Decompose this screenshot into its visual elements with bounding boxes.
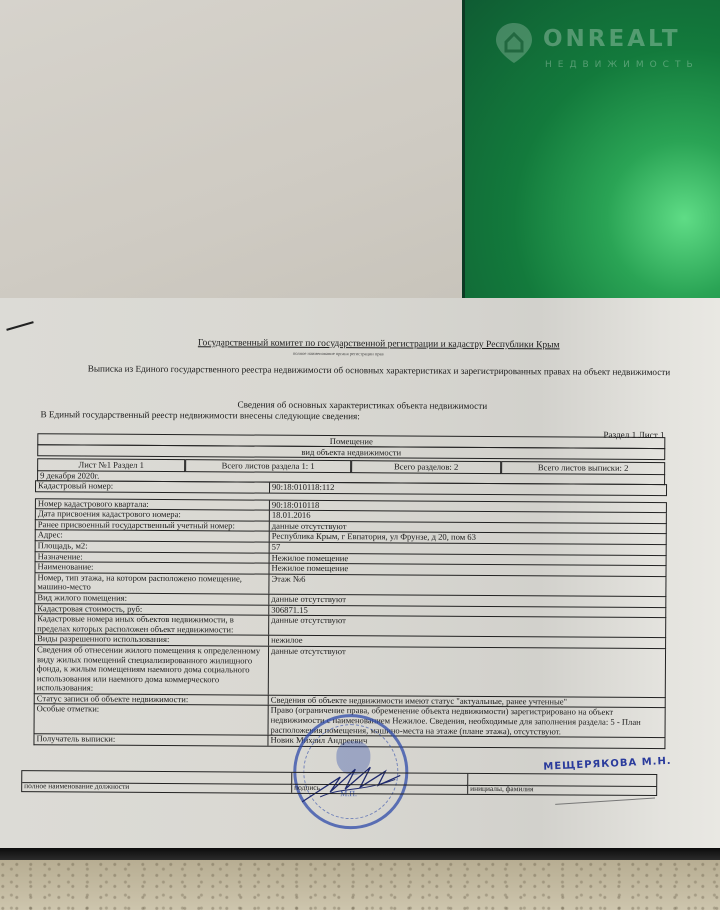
row-label: Сведения об отнесении жилого помещения к… (35, 645, 269, 694)
house-pin-icon (495, 22, 533, 64)
signature-block: полное наименование должности подпись ин… (21, 770, 657, 796)
row-label: Получатель выписки: (34, 734, 268, 745)
table-row: Сведения об отнесении жилого помещения к… (34, 645, 666, 698)
table-surface (0, 860, 720, 910)
row-value: данные отсутствуют (269, 616, 665, 638)
watermark-tagline: НЕДВИЖИМОСТЬ (545, 60, 699, 70)
watermark-brand: ONREALT (543, 26, 681, 52)
row-label: Ранее присвоенный государственный учетны… (36, 520, 270, 531)
table-row: Кадастровый номер:90:18:010118:112 (35, 480, 667, 495)
organization-caption: полное наименование органа регистрации п… (293, 351, 384, 357)
characteristics-table: Кадастровый номер:90:18:010118:112Номер … (33, 480, 667, 749)
name-caption: инициалы, фамилия (470, 784, 533, 793)
folder-edge (0, 848, 720, 860)
row-value: данные отсутствуют (269, 647, 665, 697)
row-label: Кадастровые номера иных объектов недвижи… (35, 614, 269, 635)
section-title: Сведения об основных характеристиках объ… (238, 399, 488, 411)
signature-caption: подпись (294, 783, 320, 792)
row-label: Кадастровый номер: (36, 481, 270, 492)
watermark-logo: ONREALT НЕДВИЖИМОСТЬ (495, 20, 715, 80)
position-caption: полное наименование должности (24, 781, 129, 791)
row-value: Этаж №6 (269, 574, 665, 596)
row-value: 90:18:010118:112 (270, 483, 666, 495)
row-label: Особые отметки: (35, 705, 269, 735)
row-label: Номер, тип этажа, на котором расположено… (35, 573, 269, 594)
intro-text: В Единый государственный реестр недвижим… (40, 409, 359, 421)
background-paper (0, 0, 462, 300)
